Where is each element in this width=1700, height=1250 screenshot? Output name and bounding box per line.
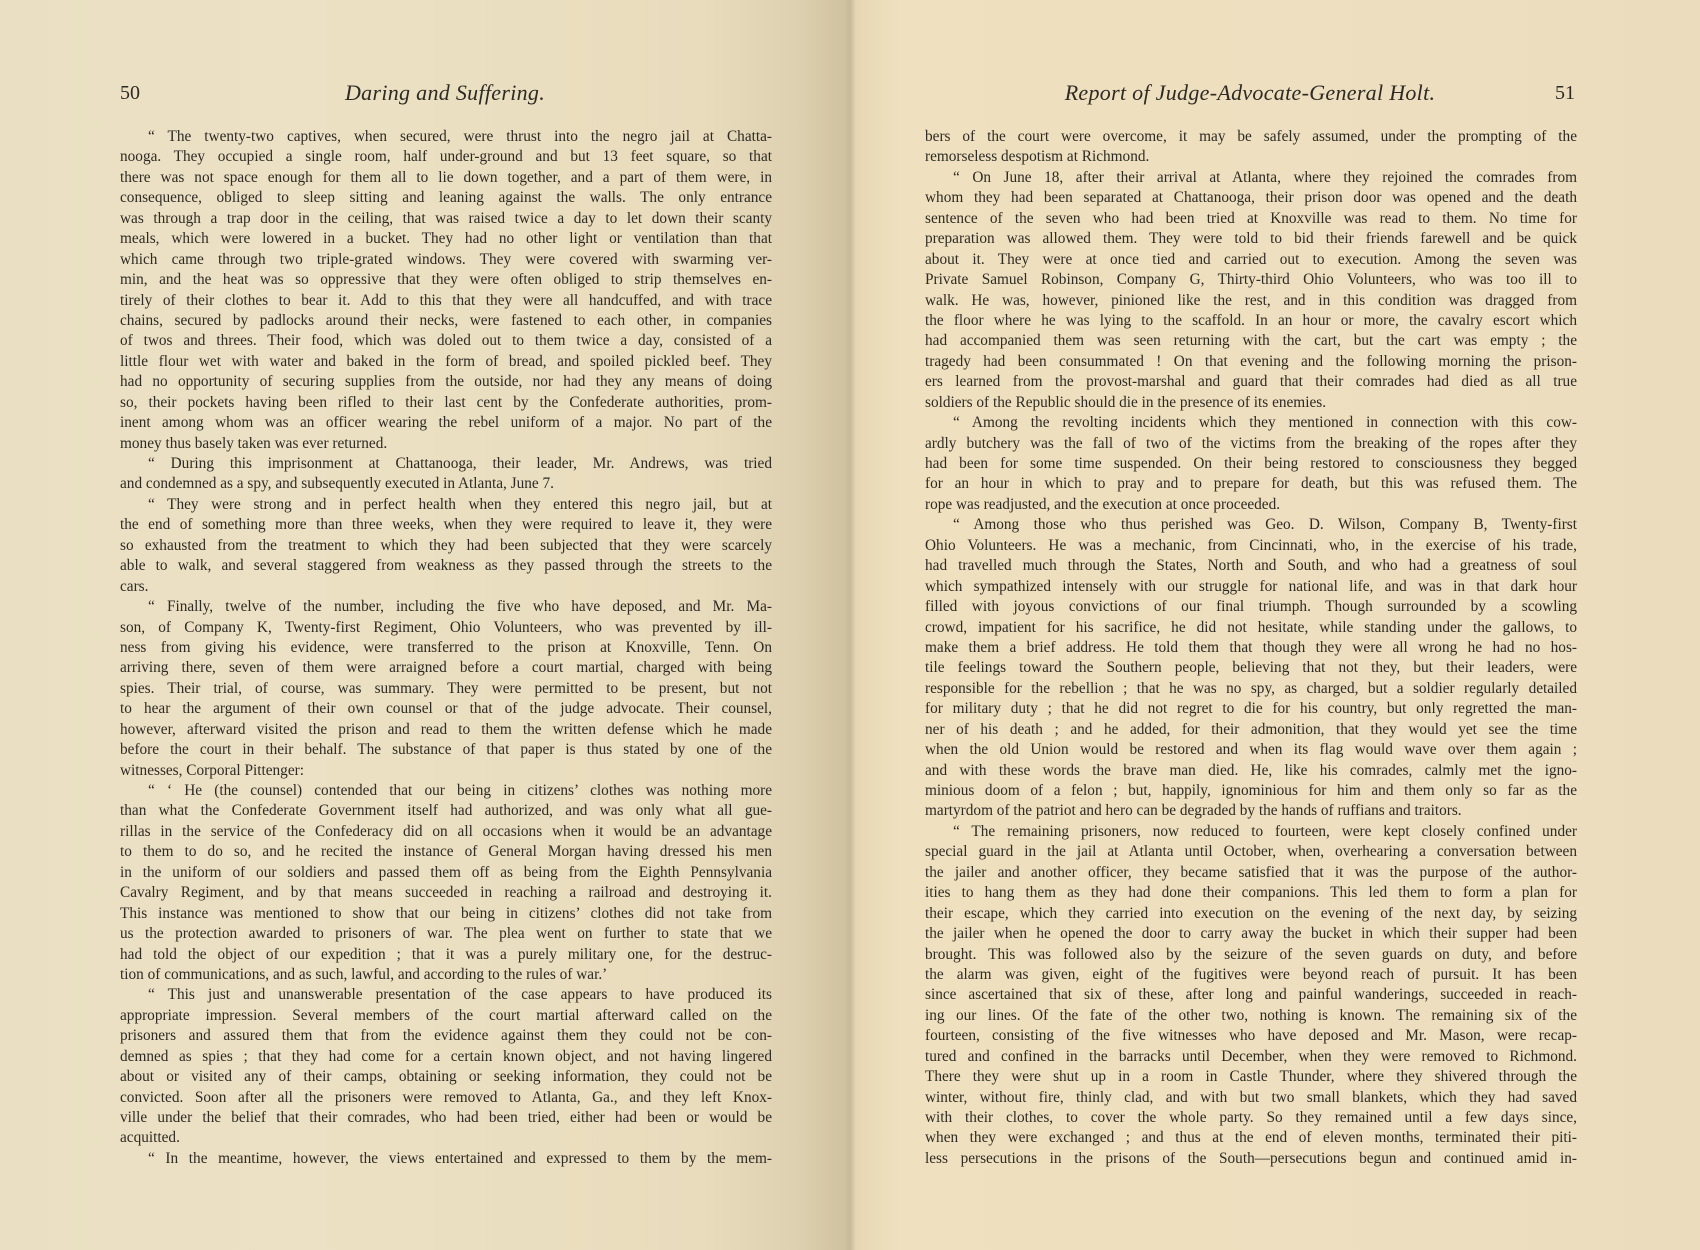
text-line: consequence, obliged to sleep sitting an… [120, 188, 772, 208]
text-line: when the old Union would be restored and… [925, 740, 1577, 760]
text-line: special guard in the jail at Atlanta unt… [925, 842, 1577, 862]
text-line: ities to hang them as they had done thei… [925, 883, 1577, 903]
text-line: “ Among the revolting incidents which th… [925, 413, 1577, 433]
text-line: their escape, which they carried into ex… [925, 904, 1577, 924]
text-line: tion of communications, and as such, law… [120, 965, 772, 985]
text-line: appropriate impression. Several members … [120, 1006, 772, 1026]
text-line: Private Samuel Robinson, Company G, Thir… [925, 270, 1577, 290]
text-line: “ The remaining prisoners, now reduced t… [925, 822, 1577, 842]
text-line: “ Finally, twelve of the number, includi… [120, 597, 772, 617]
text-line: had been for some time suspended. On the… [925, 454, 1577, 474]
text-line: about it. They were at once tied and car… [925, 250, 1577, 270]
text-line: tirely of their clothes to bear it. Add … [120, 291, 772, 311]
text-line: make them a brief address. He told them … [925, 638, 1577, 658]
text-line: preparation was allowed them. They were … [925, 229, 1577, 249]
left-page-body: “ The twenty-two captives, when secured,… [120, 127, 772, 1169]
text-line: the jailer when he opened the door to ca… [925, 924, 1577, 944]
text-line: This instance was mentioned to show that… [120, 904, 772, 924]
text-line: rope was readjusted, and the execution a… [925, 495, 1577, 515]
text-line: money thus basely taken was ever returne… [120, 434, 772, 454]
text-line: less persecutions in the prisons of the … [925, 1149, 1577, 1169]
text-line: for an hour in which to pray and to prep… [925, 474, 1577, 494]
text-line: convicted. Soon after all the prisoners … [120, 1088, 772, 1108]
text-line: “ In the meantime, however, the views en… [120, 1149, 772, 1169]
text-line: to hear the argument of their own counse… [120, 699, 772, 719]
left-running-head: 50 Daring and Suffering. [120, 78, 770, 108]
text-line: had no opportunity of securing supplies … [120, 372, 772, 392]
text-line: us the protection awarded to prisoners o… [120, 924, 772, 944]
text-line: brought. This was followed also by the s… [925, 945, 1577, 965]
text-line: however, afterward visited the prison an… [120, 720, 772, 740]
text-line: son, of Company K, Twenty-first Regiment… [120, 618, 772, 638]
text-line: when they were exchanged ; and thus at t… [925, 1128, 1577, 1148]
text-line: “ Among those who thus perished was Geo.… [925, 515, 1577, 535]
text-line: spies. Their trial, of course, was summa… [120, 679, 772, 699]
text-line: ner of his death ; and he added, for the… [925, 720, 1577, 740]
text-line: bers of the court were overcome, it may … [925, 127, 1577, 147]
text-line: the jailer and another officer, they bec… [925, 863, 1577, 883]
text-line: before the court in their behalf. The su… [120, 740, 772, 760]
text-line: “ ‘ He (the counsel) contended that our … [120, 781, 772, 801]
text-line: Cavalry Regiment, and by that means succ… [120, 883, 772, 903]
text-line: crowd, impatient for his sacrifice, he d… [925, 618, 1577, 638]
page-number: 51 [1555, 78, 1575, 108]
text-line: the floor where he was lying to the scaf… [925, 311, 1577, 331]
text-line: tragedy had been consummated ! On that e… [925, 352, 1577, 372]
text-line: meals, which were lowered in a bucket. T… [120, 229, 772, 249]
text-line: and with these words the brave man died.… [925, 761, 1577, 781]
text-line: able to walk, and several staggered from… [120, 556, 772, 576]
right-running-head: Report of Judge-Advocate-General Holt. 5… [925, 78, 1575, 108]
text-line: walk. He was, however, pinioned like the… [925, 291, 1577, 311]
text-line: winter, without fire, thinly clad, and w… [925, 1088, 1577, 1108]
text-line: there was not space enough for them all … [120, 168, 772, 188]
text-line: had told the object of our expedition ; … [120, 945, 772, 965]
running-head-title: Report of Judge-Advocate-General Holt. [925, 78, 1575, 108]
text-line: fourteen, consisting of the five witness… [925, 1026, 1577, 1046]
text-line: ness from giving his evidence, were tran… [120, 638, 772, 658]
text-line: of twos and threes. Their food, which wa… [120, 331, 772, 351]
text-line: than what the Confederate Government its… [120, 801, 772, 821]
text-line: the alarm was given, eight of the fugiti… [925, 965, 1577, 985]
text-line: so, their pockets having been rifled to … [120, 393, 772, 413]
text-line: minious doom of a felon ; but, happily, … [925, 781, 1577, 801]
text-line: “ This just and unanswerable presentatio… [120, 985, 772, 1005]
text-line: rillas in the service of the Confederacy… [120, 822, 772, 842]
text-line: whom they had been separated at Chattano… [925, 188, 1577, 208]
text-line: in the uniform of our soldiers and passe… [120, 863, 772, 883]
right-page-body: bers of the court were overcome, it may … [925, 127, 1577, 1169]
text-line: ers learned from the provost-marshal and… [925, 372, 1577, 392]
text-line: the end of something more than three wee… [120, 515, 772, 535]
text-line: tured and confined in the barracks until… [925, 1047, 1577, 1067]
text-line: responsible for the rebellion ; that he … [925, 679, 1577, 699]
text-line: ing our lines. Of the fate of the other … [925, 1006, 1577, 1026]
text-line: and condemned as a spy, and subsequently… [120, 474, 772, 494]
text-line: about or visited any of their camps, obt… [120, 1067, 772, 1087]
text-line: remorseless despotism at Richmond. [925, 147, 1577, 167]
text-line: acquitted. [120, 1128, 772, 1148]
text-line: filled with joyous convictions of our fi… [925, 597, 1577, 617]
text-line: for military duty ; that he did not regr… [925, 699, 1577, 719]
text-line: tile feelings toward the Southern people… [925, 658, 1577, 678]
text-line: “ On June 18, after their arrival at Atl… [925, 168, 1577, 188]
text-line: which came through two triple-grated win… [120, 250, 772, 270]
right-page: Report of Judge-Advocate-General Holt. 5… [850, 0, 1700, 1250]
text-line: min, and the heat was so oppressive that… [120, 270, 772, 290]
text-line: chains, secured by padlocks around their… [120, 311, 772, 331]
text-line: demned as spies ; that they had come for… [120, 1047, 772, 1067]
text-line: arriving there, seven of them were arrai… [120, 658, 772, 678]
text-line: There they were shut up in a room in Cas… [925, 1067, 1577, 1087]
text-line: soldiers of the Republic should die in t… [925, 393, 1577, 413]
text-line: nooga. They occupied a single room, half… [120, 147, 772, 167]
text-line: ardly butchery was the fall of two of th… [925, 434, 1577, 454]
text-line: “ During this imprisonment at Chattanoog… [120, 454, 772, 474]
book-spread: 50 Daring and Suffering. “ The twenty-tw… [0, 0, 1700, 1250]
text-line: so exhausted from the treatment to which… [120, 536, 772, 556]
text-line: was through a trap door in the ceiling, … [120, 209, 772, 229]
text-line: sentence of the seven who had been tried… [925, 209, 1577, 229]
text-line: with their clothes, to cover the whole p… [925, 1108, 1577, 1128]
text-line: “ The twenty-two captives, when secured,… [120, 127, 772, 147]
text-line: “ They were strong and in perfect health… [120, 495, 772, 515]
text-line: had accompanied them was seen returning … [925, 331, 1577, 351]
text-line: had travelled much through the States, N… [925, 556, 1577, 576]
left-page: 50 Daring and Suffering. “ The twenty-tw… [0, 0, 850, 1250]
text-line: which sympathized intensely with our str… [925, 577, 1577, 597]
running-head-title: Daring and Suffering. [120, 78, 770, 108]
text-line: since ascertained that six of these, aft… [925, 985, 1577, 1005]
text-line: martyrdom of the patriot and hero can be… [925, 801, 1577, 821]
text-line: little flour wet with water and baked in… [120, 352, 772, 372]
text-line: to them to do so, and he recited the ins… [120, 842, 772, 862]
text-line: witnesses, Corporal Pittenger: [120, 761, 772, 781]
text-line: Ohio Volunteers. He was a mechanic, from… [925, 536, 1577, 556]
text-line: cars. [120, 577, 772, 597]
text-line: ville under the belief that their comrad… [120, 1108, 772, 1128]
text-line: inent among whom was an officer wearing … [120, 413, 772, 433]
text-line: prisoners and assured them that from the… [120, 1026, 772, 1046]
